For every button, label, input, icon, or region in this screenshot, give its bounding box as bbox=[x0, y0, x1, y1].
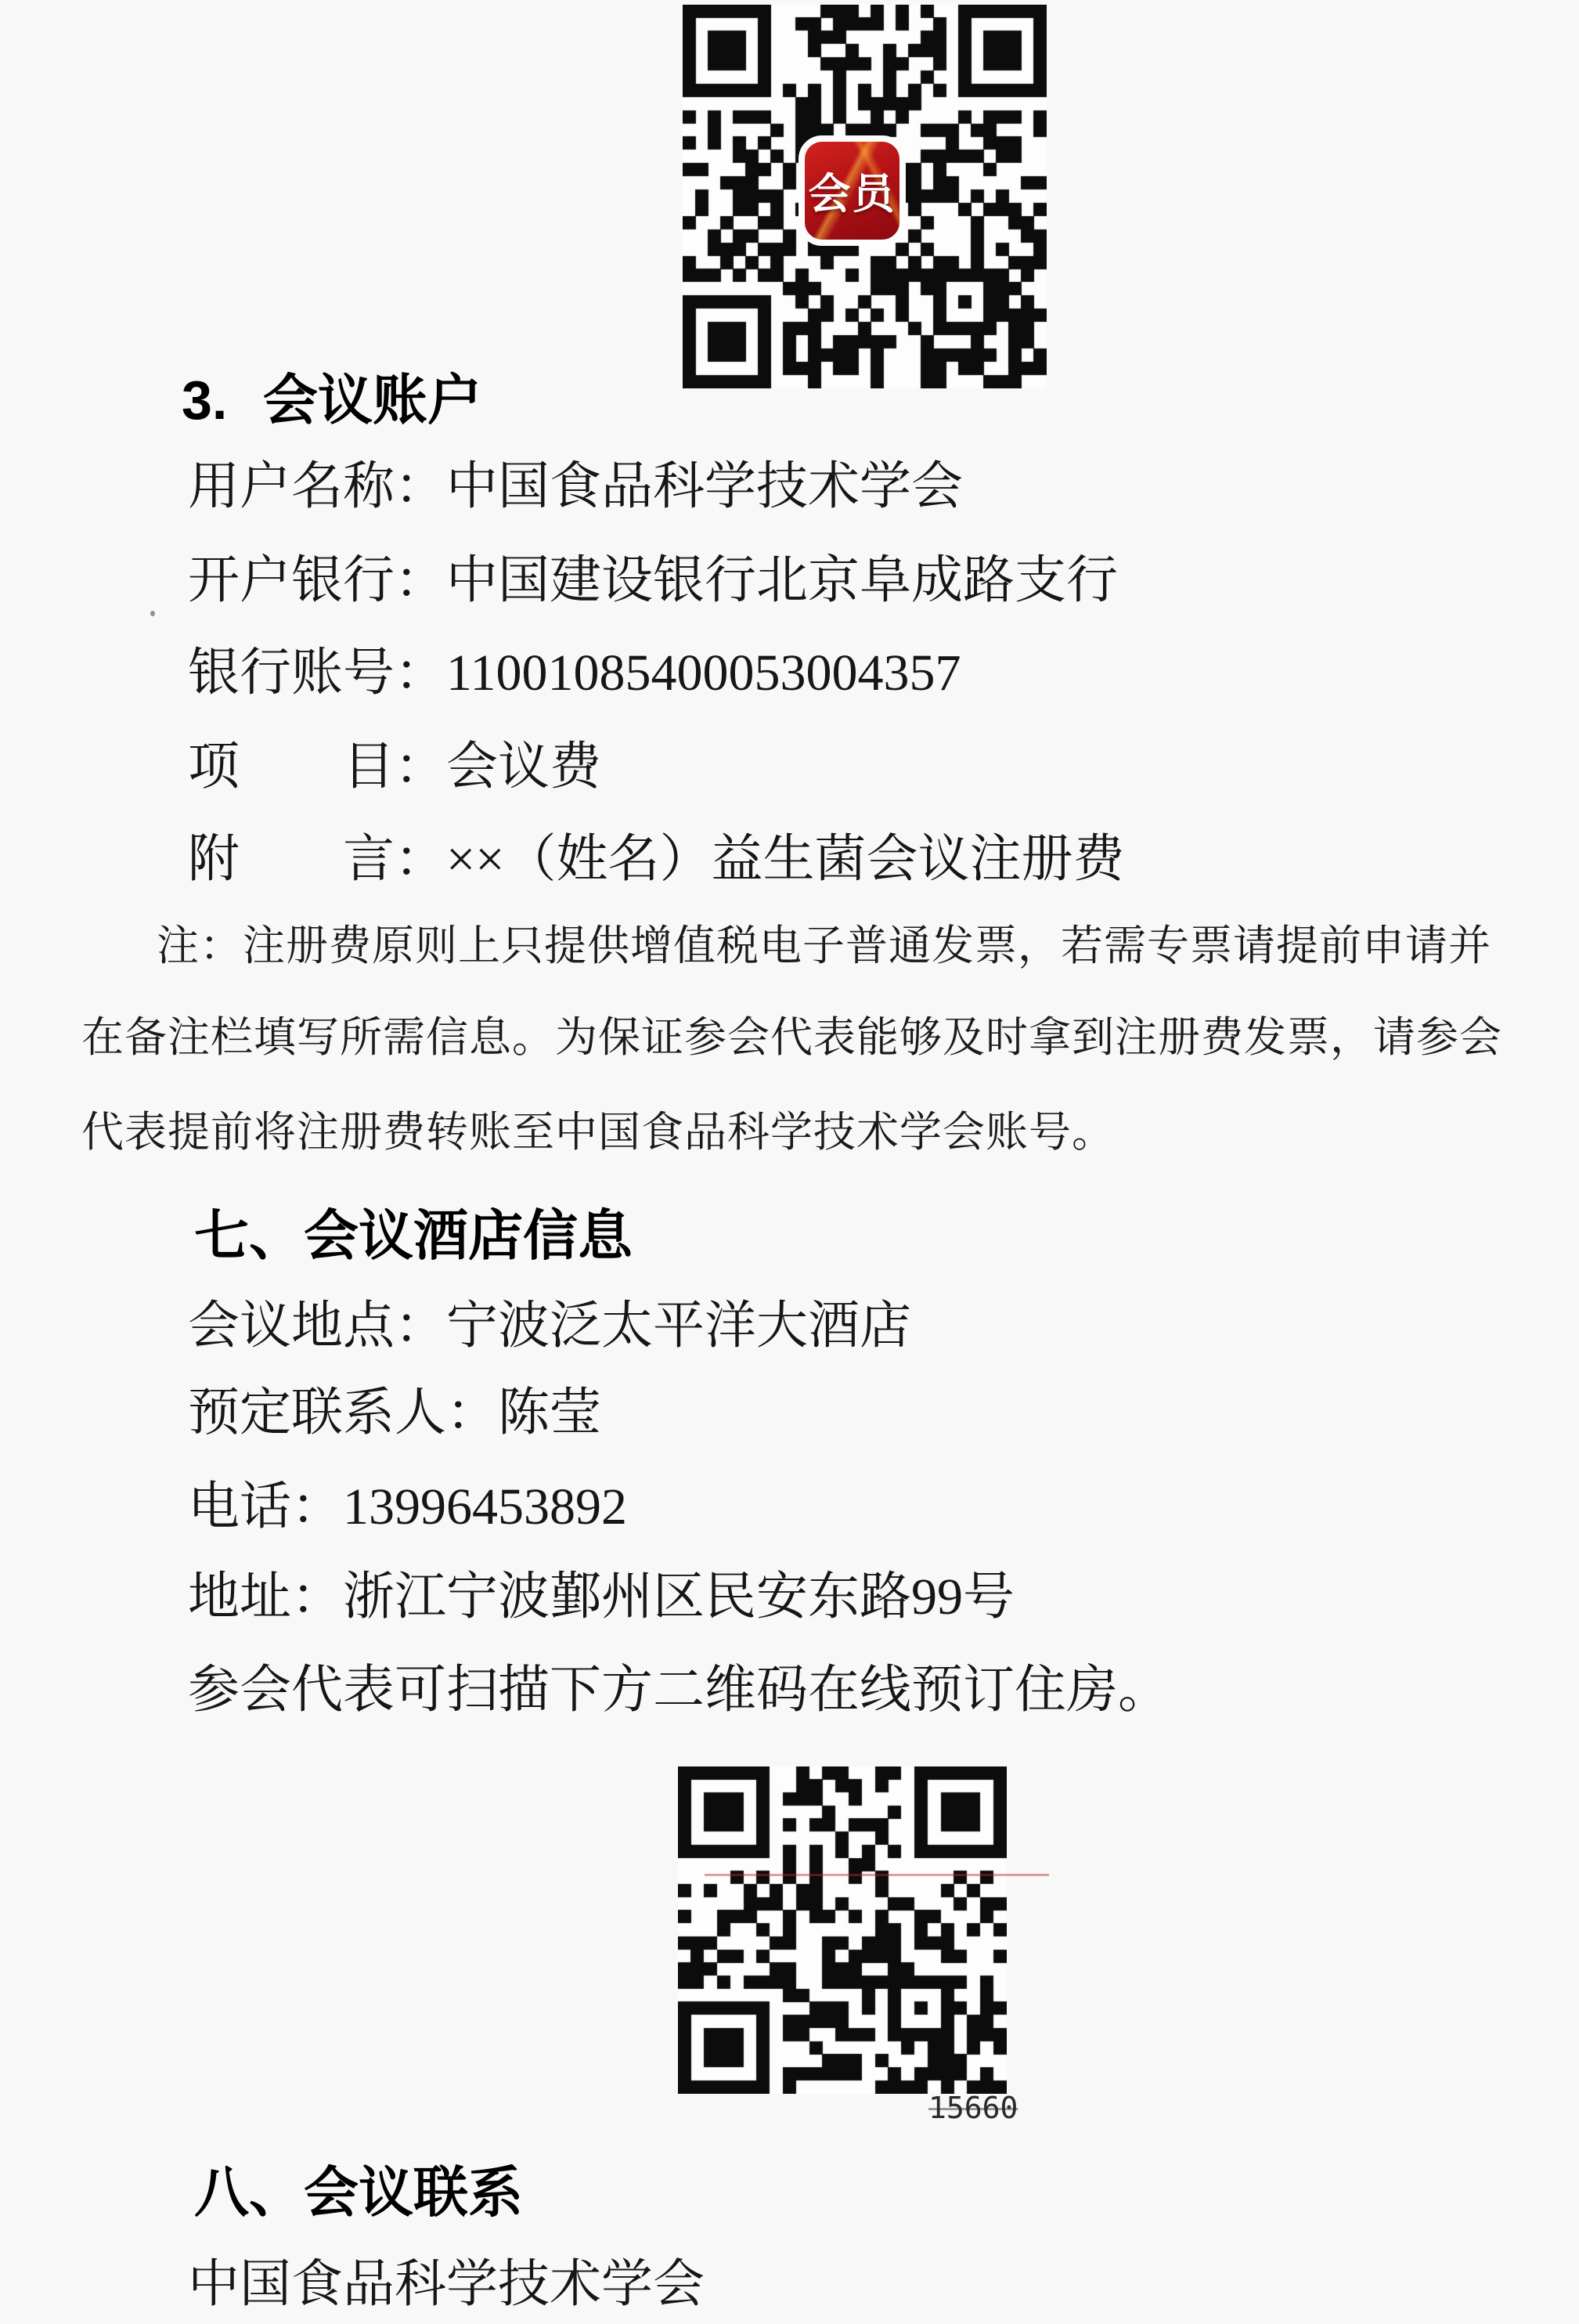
note-line-2: 在备注栏填写所需信息。为保证参会代表能够及时拿到注册费发票，请参会 bbox=[81, 1011, 1502, 1064]
hotel-booking-qr-canvas bbox=[678, 1766, 1007, 2094]
section-8-heading: 八、会议联系 bbox=[194, 2161, 523, 2224]
hotel-contact-line: 预定联系人：陈莹 bbox=[188, 1381, 601, 1445]
account-number-line: 银行账号：11001085400053004357 bbox=[188, 641, 961, 705]
hotel-qr-caption: 15660 bbox=[928, 2091, 1018, 2125]
member-qr-code: 会员 bbox=[683, 5, 1047, 388]
scan-artifact-line bbox=[705, 1874, 1049, 1876]
account-item-line: 项 目：会议费 bbox=[188, 735, 601, 799]
contact-org-line: 中国食品科学技术学会 bbox=[188, 2253, 705, 2317]
ink-speck bbox=[150, 611, 155, 616]
document-page: 会员 3. 会议账户 用户名称：中国食品科学技术学会 开户银行：中国建设银行北京… bbox=[0, 0, 1579, 2324]
hotel-scan-hint-line: 参会代表可扫描下方二维码在线预订住房。 bbox=[188, 1658, 1170, 1723]
member-badge-label: 会员 bbox=[809, 161, 896, 221]
account-bank-line: 开户银行：中国建设银行北京阜成路支行 bbox=[188, 549, 1118, 613]
hotel-address-line: 地址：浙江宁波鄞州区民安东路99号 bbox=[188, 1565, 1015, 1629]
note-line-1: 注：注册费原则上只提供增值税电子普通发票，若需专票请提前申请并 bbox=[157, 919, 1491, 973]
section-7-heading: 七、会议酒店信息 bbox=[194, 1204, 633, 1267]
account-memo-line: 附 言：××（姓名）益生菌会议注册费 bbox=[188, 828, 1124, 892]
member-badge: 会员 bbox=[799, 135, 906, 246]
hotel-venue-line: 会议地点：宁波泛太平洋大酒店 bbox=[188, 1294, 911, 1359]
hotel-phone-line: 电话：13996453892 bbox=[188, 1475, 627, 1539]
account-name-line: 用户名称：中国食品科学技术学会 bbox=[188, 455, 963, 519]
note-line-3: 代表提前将注册费转账至中国食品科学技术学会账号。 bbox=[81, 1106, 1115, 1159]
section-3-heading: 3. 会议账户 bbox=[182, 369, 482, 431]
hotel-booking-qr-code bbox=[678, 1766, 1007, 2094]
